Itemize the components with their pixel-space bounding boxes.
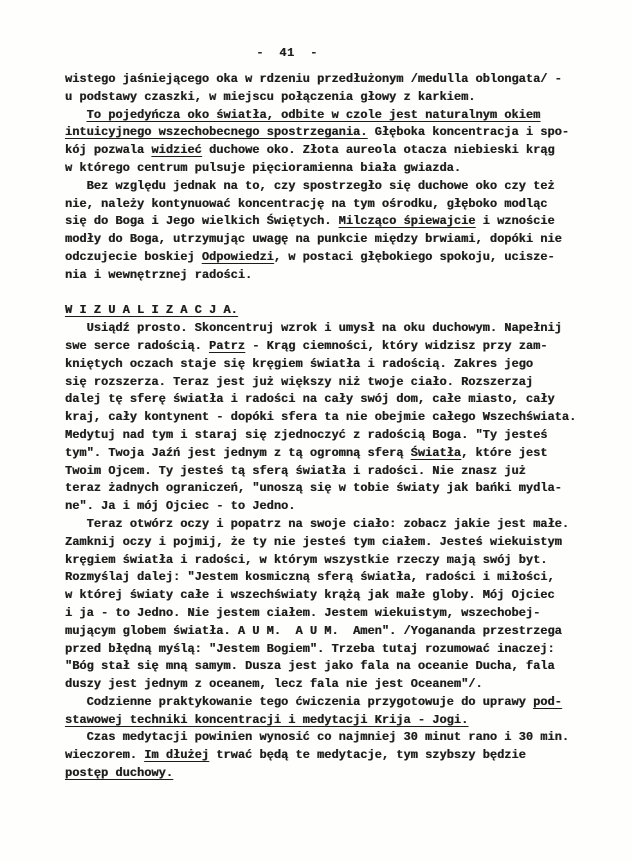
text-segment: się rozszerza. Teraz jest już większy ni… bbox=[65, 375, 533, 389]
text-segment: "Bóg stał się mną samym. Dusza jest jako… bbox=[65, 659, 555, 673]
text-line: kraj, cały kontynent - dopóki sfera ta n… bbox=[65, 409, 605, 427]
text-line: się do Boga i Jego wielkich Świętych. Mi… bbox=[65, 213, 605, 231]
text-segment: wistego jaśniejącego oka w rdzeniu przed… bbox=[65, 72, 562, 86]
underlined-text: Patrz bbox=[209, 339, 245, 353]
text-line: ne". Ja i mój Ojciec - to Jedno. bbox=[65, 498, 605, 516]
text-line: dalej tę sferę światła i radości na cały… bbox=[65, 391, 605, 409]
text-line: mującym globem światła. A U M. A U M. Am… bbox=[65, 623, 605, 641]
text-segment: swe serce radością. bbox=[65, 339, 209, 353]
text-segment: ne". Ja i mój Ojciec - to Jedno. bbox=[65, 499, 295, 513]
text-line: Medytuj nad tym i staraj się zjednoczyć … bbox=[65, 427, 605, 445]
text-line: duszy jest jednym z oceanem, lecz fala n… bbox=[65, 676, 605, 694]
text-segment: odczujecie boskiej bbox=[65, 250, 202, 264]
underlined-text: Im dłużej bbox=[144, 748, 209, 762]
text-segment: mującym globem światła. A U M. A U M. Am… bbox=[65, 624, 562, 638]
text-segment: duszy jest jednym z oceanem, lecz fala n… bbox=[65, 677, 483, 691]
document-page: - 41 - wistego jaśniejącego oka w rdzeni… bbox=[0, 0, 632, 861]
text-line: nia i wewnętrznej radości. bbox=[65, 267, 605, 285]
text-segment: , w postaci głębokiego spokoju, ucisze- bbox=[274, 250, 555, 264]
text-segment: kręgiem światła i radości, w którym wszy… bbox=[65, 553, 547, 567]
text-line: Rozmyślaj dalej: "Jestem kosmiczną sferą… bbox=[65, 569, 605, 587]
text-segment: u podstawy czaszki, w miejscu połączenia… bbox=[65, 90, 475, 104]
text-line: wistego jaśniejącego oka w rdzeniu przed… bbox=[65, 71, 605, 89]
text-segment: w której światy całe i wszechświaty krąż… bbox=[65, 588, 555, 602]
text-segment: Głęboka koncentracja i spo- bbox=[367, 125, 569, 139]
underlined-text: widzieć bbox=[151, 143, 201, 157]
text-line: u podstawy czaszki, w miejscu połączenia… bbox=[65, 89, 605, 107]
text-line: tym". Twoja Jaźń jest jednym z tą ogromn… bbox=[65, 445, 605, 463]
text-line: swe serce radością. Patrz - Krąg ciemnoś… bbox=[65, 338, 605, 356]
text-line: W I Z U A L I Z A C J A. bbox=[65, 302, 605, 320]
underlined-text: Odpowiedzi bbox=[202, 250, 274, 264]
text-segment: Medytuj nad tym i staraj się zjednoczyć … bbox=[65, 428, 547, 442]
text-line: w której światy całe i wszechświaty krąż… bbox=[65, 587, 605, 605]
underlined-text: Światła bbox=[411, 446, 461, 460]
text-line: kniętych oczach staje się kręgiem światł… bbox=[65, 356, 605, 374]
text-line: wieczorem. Im dłużej trwać będą te medyt… bbox=[65, 747, 605, 765]
text-segment: kniętych oczach staje się kręgiem światł… bbox=[65, 357, 533, 371]
text-line: się rozszerza. Teraz jest już większy ni… bbox=[65, 374, 605, 392]
underlined-text: Milcząco śpiewajcie bbox=[339, 214, 476, 228]
text-segment: nia i wewnętrznej radości. bbox=[65, 268, 252, 282]
text-segment: i wznoście bbox=[475, 214, 554, 228]
text-segment: duchowe oko. Złota aureola otacza niebie… bbox=[202, 143, 555, 157]
text-segment: kraj, cały kontynent - dopóki sfera ta n… bbox=[65, 410, 576, 424]
text-segment: Zamknij oczy i pojmij, że ty nie jesteś … bbox=[65, 535, 562, 549]
text-line: Bez względu jednak na to, czy spostrzegł… bbox=[65, 178, 605, 196]
text-line: Twoim Ojcem. Ty jesteś tą sferą światła … bbox=[65, 463, 605, 481]
text-segment bbox=[65, 108, 87, 122]
underlined-text: To pojedyńcza oko światła, odbite w czol… bbox=[87, 108, 541, 122]
text-segment: i ja - to Jedno. Nie jestem ciałem. Jest… bbox=[65, 606, 540, 620]
text-line: Codzienne praktykowanie tego ćwiczenia p… bbox=[65, 694, 605, 712]
text-segment: Teraz otwórz oczy i popatrz na swoje cia… bbox=[65, 517, 569, 531]
text-line: Teraz otwórz oczy i popatrz na swoje cia… bbox=[65, 516, 605, 534]
text-segment: Bez względu jednak na to, czy spostrzegł… bbox=[65, 179, 555, 193]
text-line: Usiądź prosto. Skoncentruj wzrok i umysł… bbox=[65, 320, 605, 338]
text-segment: przed błędną myślą: "Jestem Bogiem". Trz… bbox=[65, 642, 555, 656]
text-line: postęp duchowy. bbox=[65, 765, 605, 783]
text-line: "Bóg stał się mną samym. Dusza jest jako… bbox=[65, 658, 605, 676]
text-segment: Codzienne praktykowanie tego ćwiczenia p… bbox=[65, 695, 533, 709]
text-segment: wieczorem. bbox=[65, 748, 144, 762]
text-line: kręgiem światła i radości, w którym wszy… bbox=[65, 552, 605, 570]
text-segment: trwać będą te medytacje, tym szybszy będ… bbox=[209, 748, 526, 762]
page-number: - 41 - bbox=[0, 46, 574, 60]
text-segment: kój pozwala bbox=[65, 143, 151, 157]
text-segment: modły do Boga, utrzymując uwagę na punkc… bbox=[65, 232, 562, 246]
text-line: modły do Boga, utrzymując uwagę na punkc… bbox=[65, 231, 605, 249]
text-line: Czas medytacji powinien wynosić co najmn… bbox=[65, 729, 605, 747]
text-line: stawowej techniki koncentracji i medytac… bbox=[65, 712, 605, 730]
underlined-text: W I Z U A L I Z A C J A. bbox=[65, 303, 238, 317]
underlined-text: postęp duchowy. bbox=[65, 766, 173, 780]
text-line: Zamknij oczy i pojmij, że ty nie jesteś … bbox=[65, 534, 605, 552]
text-segment: dalej tę sferę światła i radości na cały… bbox=[65, 392, 555, 406]
text-line bbox=[65, 285, 605, 303]
text-segment: tym". Twoja Jaźń jest jednym z tą ogromn… bbox=[65, 446, 411, 460]
text-line: nie, należy kontynuować koncentrację na … bbox=[65, 196, 605, 214]
text-segment: Twoim Ojcem. Ty jesteś tą sferą światła … bbox=[65, 464, 526, 478]
text-segment: Usiądź prosto. Skoncentruj wzrok i umysł… bbox=[65, 321, 562, 335]
page-text: wistego jaśniejącego oka w rdzeniu przed… bbox=[65, 71, 605, 783]
underlined-text: stawowej techniki koncentracji i medytac… bbox=[65, 713, 468, 727]
text-segment: się do Boga i Jego wielkich Świętych. bbox=[65, 214, 339, 228]
underlined-text: intuicyjnego wszechobecnego spostrzegani… bbox=[65, 125, 367, 139]
text-line: i ja - to Jedno. Nie jestem ciałem. Jest… bbox=[65, 605, 605, 623]
text-line: intuicyjnego wszechobecnego spostrzegani… bbox=[65, 124, 605, 142]
text-segment: , które jest bbox=[461, 446, 547, 460]
text-segment: nie, należy kontynuować koncentrację na … bbox=[65, 197, 547, 211]
text-line: przed błędną myślą: "Jestem Bogiem". Trz… bbox=[65, 641, 605, 659]
text-line: w którego centrum pulsuje pięcioramienna… bbox=[65, 160, 605, 178]
text-line: teraz żadnych ograniczeń, "unoszą się w … bbox=[65, 480, 605, 498]
text-segment: Rozmyślaj dalej: "Jestem kosmiczną sferą… bbox=[65, 570, 555, 584]
text-segment: Czas medytacji powinien wynosić co najmn… bbox=[65, 730, 569, 744]
text-line: odczujecie boskiej Odpowiedzi, w postaci… bbox=[65, 249, 605, 267]
text-segment: - Krąg ciemności, który widzisz przy zam… bbox=[245, 339, 547, 353]
text-line: To pojedyńcza oko światła, odbite w czol… bbox=[65, 107, 605, 125]
underlined-text: pod- bbox=[533, 695, 562, 709]
text-segment: w którego centrum pulsuje pięcioramienna… bbox=[65, 161, 461, 175]
text-line: kój pozwala widzieć duchowe oko. Złota a… bbox=[65, 142, 605, 160]
text-segment: teraz żadnych ograniczeń, "unoszą się w … bbox=[65, 481, 562, 495]
